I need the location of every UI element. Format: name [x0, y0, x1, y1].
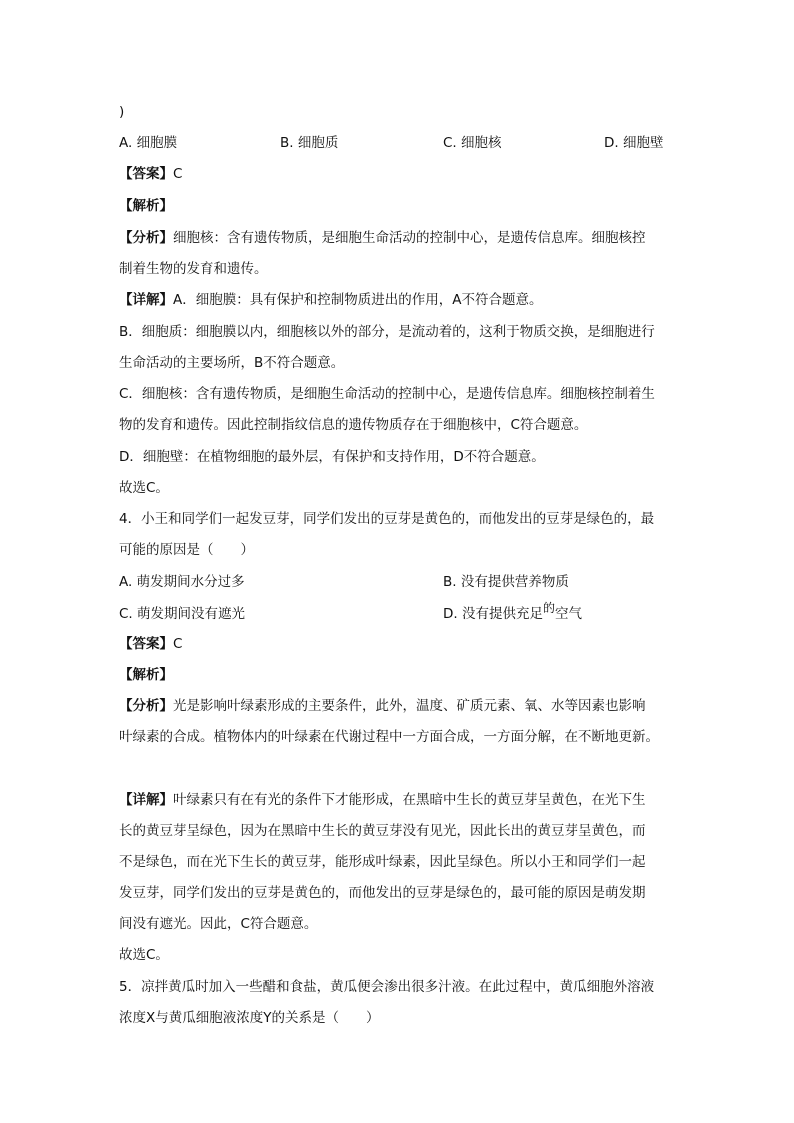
- q3-fenxi: 【分析】细胞核：含有遗传物质，是细胞生命活动的控制中心，是遗传信息库。细胞核控: [119, 228, 646, 248]
- q4-jiexi-heading: 【解析】: [119, 665, 173, 685]
- q5-stem: 5．凉拌黄瓜时加入一些醋和食盐，黄瓜便会渗出很多汁液。在此过程中，黄瓜细胞外溶液: [119, 977, 654, 997]
- q3-option-b: B. 细胞质: [280, 133, 338, 153]
- q4-option-d: D. 没有提供充足的空气: [443, 604, 582, 624]
- q3-detail-d: D．细胞壁：在植物细胞的最外层，有保护和支持作用，D不符合题意。: [119, 447, 545, 467]
- q3-option-a: A. 细胞膜: [119, 133, 177, 153]
- q4-xiangjie: 【详解】叶绿素只有在有光的条件下才能形成，在黑暗中生长的黄豆芽呈黄色，在光下生: [119, 790, 646, 810]
- q3-option-c: C. 细胞核: [443, 133, 502, 153]
- q4-answer: 【答案】C: [119, 634, 182, 654]
- q4-option-c: C. 萌发期间没有遮光: [119, 604, 245, 624]
- q3-detail-c-cont: 物的发育和遗传。因此控制指纹信息的遗传物质存在于细胞核中，C符合题意。: [119, 415, 587, 435]
- q4-option-b: B. 没有提供营养物质: [443, 572, 569, 592]
- q4-conclusion: 故选C。: [119, 945, 169, 965]
- q4-option-a: A. 萌发期间水分过多: [119, 572, 245, 592]
- q4-stem-cont: 可能的原因是（ ）: [119, 540, 254, 560]
- q4-fenxi-cont: 叶绿素的合成。植物体内的叶绿素在代谢过程中一方面合成，一方面分解，在不断地更新。: [119, 727, 659, 747]
- q4-stem: 4．小王和同学们一起发豆芽，同学们发出的豆芽是黄色的，而他发出的豆芽是绿色的，最: [119, 509, 654, 529]
- q3-detail-b: B．细胞质：细胞膜以内，细胞核以外的部分，是流动着的，这利于物质交换，是细胞进行: [119, 322, 655, 342]
- q5-stem-cont: 浓度X与黄瓜细胞液浓度Y的关系是（ ）: [119, 1008, 380, 1028]
- q3-xiangjie: 【详解】A．细胞膜：具有保护和控制物质进出的作用，A不符合题意。: [119, 290, 542, 310]
- q4-xiangjie-3: 不是绿色，而在光下生长的黄豆芽，能形成叶绿素，因此呈绿色。所以小王和同学们一起: [119, 852, 646, 872]
- q3-answer: 【答案】C: [119, 164, 182, 184]
- q3-stem-tail: ): [119, 102, 124, 122]
- q3-detail-c: C．细胞核：含有遗传物质，是细胞生命活动的控制中心，是遗传信息库。细胞核控制着生: [119, 384, 655, 404]
- q3-option-d: D. 细胞壁: [604, 133, 663, 153]
- q3-detail-b-cont: 生命活动的主要场所，B不符合题意。: [119, 353, 344, 373]
- q4-xiangjie-4: 发豆芽，同学们发出的豆芽是黄色的，而他发出的豆芽是绿色的，最可能的原因是萌发期: [119, 883, 646, 903]
- q4-xiangjie-5: 间没有遮光。因此，C符合题意。: [119, 914, 317, 934]
- q4-fenxi: 【分析】光是影响叶绿素形成的主要条件，此外，温度、矿质元素、氧、水等因素也影响: [119, 696, 646, 716]
- q4-xiangjie-2: 长的黄豆芽呈绿色，因为在黑暗中生长的黄豆芽没有见光，因此长出的黄豆芽呈黄色，而: [119, 821, 646, 841]
- q3-fenxi-cont: 制着生物的发育和遗传。: [119, 259, 268, 279]
- q3-jiexi-heading: 【解析】: [119, 196, 173, 216]
- q3-conclusion: 故选C。: [119, 478, 169, 498]
